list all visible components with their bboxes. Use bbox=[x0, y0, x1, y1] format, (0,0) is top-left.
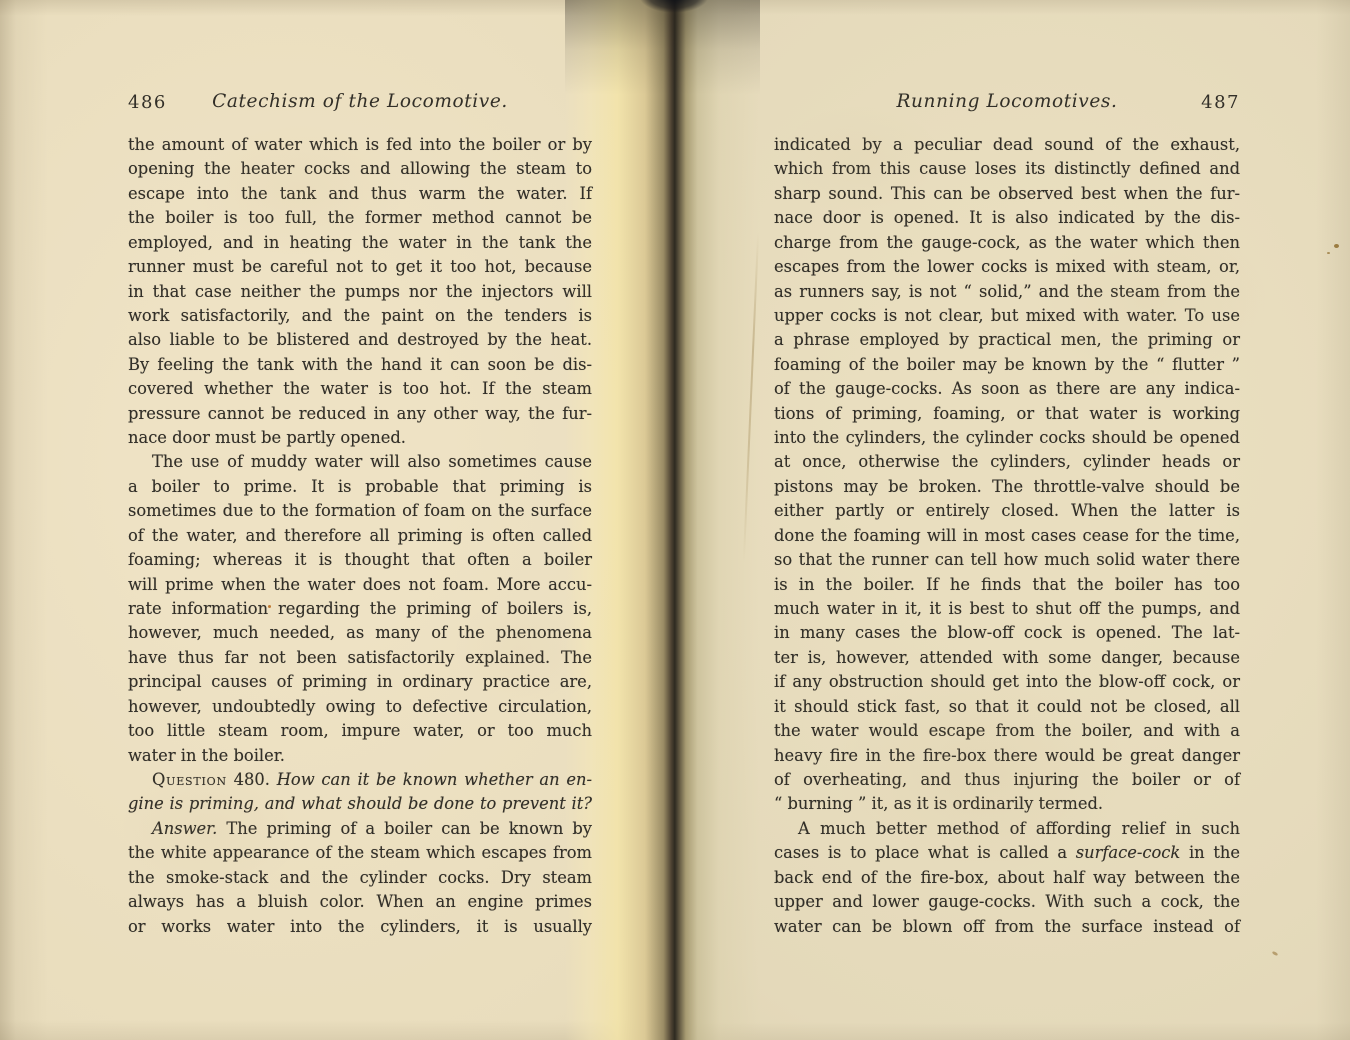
text-line: “ burning ” it, as it is ordinarily term… bbox=[774, 792, 1240, 816]
text-line: a boiler to prime. It is probable that p… bbox=[128, 475, 592, 499]
text-line: A much better method of affording relief… bbox=[774, 817, 1240, 841]
text-line: water can be blown off from the surface … bbox=[774, 915, 1240, 939]
text-line: is in the boiler. If he finds that the b… bbox=[774, 573, 1240, 597]
text-line: escapes from the lower cocks is mixed wi… bbox=[774, 255, 1240, 279]
text-line: if any obstruction should get into the b… bbox=[774, 670, 1240, 694]
right-page-header: Running Locomotives. 487 bbox=[774, 91, 1240, 117]
text-line: will prime when the water does not foam.… bbox=[128, 573, 592, 597]
text-line: Answer. The priming of a boiler can be k… bbox=[128, 817, 592, 841]
text-line: pistons may be broken. The throttle-valv… bbox=[774, 475, 1240, 499]
text-line: rate information regarding the priming o… bbox=[128, 597, 592, 621]
text-line: in many cases the blow-off cock is opene… bbox=[774, 621, 1240, 645]
text-line: much water in it, it is best to shut off… bbox=[774, 597, 1240, 621]
text-line: Question 480. How can it be known whethe… bbox=[128, 768, 592, 792]
text-line: however, undoubtedly owing to defective … bbox=[128, 695, 592, 719]
text-line: the amount of water which is fed into th… bbox=[128, 133, 592, 157]
text-line: back end of the fire-box, about half way… bbox=[774, 866, 1240, 890]
text-line: escape into the tank and thus warm the w… bbox=[128, 182, 592, 206]
left-page-text-block: the amount of water which is fed into th… bbox=[128, 133, 592, 939]
text-line: also liable to be blistered and destroye… bbox=[128, 328, 592, 352]
text-line: upper cocks is not clear, but mixed with… bbox=[774, 304, 1240, 328]
binding-top-notch bbox=[624, 0, 724, 24]
text-line: of overheating, and thus injuring the bo… bbox=[774, 768, 1240, 792]
text-line: done the foaming will in most cases ceas… bbox=[774, 524, 1240, 548]
text-line: which from this cause loses its distinct… bbox=[774, 157, 1240, 181]
text-line: sharp sound. This can be observed best w… bbox=[774, 182, 1240, 206]
text-line: or works water into the cylinders, it is… bbox=[128, 915, 592, 939]
text-line: The use of muddy water will also sometim… bbox=[128, 450, 592, 474]
text-line: tions of priming, foaming, or that water… bbox=[774, 402, 1240, 426]
text-line: sometimes due to the formation of foam o… bbox=[128, 499, 592, 523]
text-line: always has a bluish color. When an engin… bbox=[128, 890, 592, 914]
text-line: the smoke-stack and the cylinder cocks. … bbox=[128, 866, 592, 890]
text-line: so that the runner can tell how much sol… bbox=[774, 548, 1240, 572]
text-line: indicated by a peculiar dead sound of th… bbox=[774, 133, 1240, 157]
text-line: principal causes of priming in ordinary … bbox=[128, 670, 592, 694]
text-line: into the cylinders, the cylinder cocks s… bbox=[774, 426, 1240, 450]
left-page-number: 486 bbox=[128, 92, 167, 113]
text-line: in that case neither the pumps nor the i… bbox=[128, 280, 592, 304]
text-line: charge from the gauge-cock, as the water… bbox=[774, 231, 1240, 255]
text-line: nace door must be partly opened. bbox=[128, 426, 592, 450]
text-line: the white appearance of the steam which … bbox=[128, 841, 592, 865]
text-line: work satisfactorily, and the paint on th… bbox=[128, 304, 592, 328]
book-gutter-binding bbox=[565, 0, 760, 1040]
text-line: ter is, however, attended with some dang… bbox=[774, 646, 1240, 670]
text-line: a phrase employed by practical men, the … bbox=[774, 328, 1240, 352]
text-line: nace door is opened. It is also indicate… bbox=[774, 206, 1240, 230]
text-line: the boiler is too full, the former metho… bbox=[128, 206, 592, 230]
text-line: as runners say, is not “ solid,” and the… bbox=[774, 280, 1240, 304]
text-line: at once, otherwise the cylinders, cylind… bbox=[774, 450, 1240, 474]
book-spread: 486 Catechism of the Locomotive. Running… bbox=[0, 0, 1350, 1040]
text-line: water in the boiler. bbox=[128, 744, 592, 768]
text-line: upper and lower gauge-cocks. With such a… bbox=[774, 890, 1240, 914]
text-line: either partly or entirely closed. When t… bbox=[774, 499, 1240, 523]
text-line: covered whether the water is too hot. If… bbox=[128, 377, 592, 401]
right-page-number: 487 bbox=[1201, 92, 1240, 113]
text-line: have thus far not been satisfactorily ex… bbox=[128, 646, 592, 670]
text-line: employed, and in heating the water in th… bbox=[128, 231, 592, 255]
text-line: By feeling the tank with the hand it can… bbox=[128, 353, 592, 377]
left-running-title: Catechism of the Locomotive. bbox=[128, 91, 592, 112]
text-line: runner must be careful not to get it too… bbox=[128, 255, 592, 279]
text-line: foaming of the boiler may be known by th… bbox=[774, 353, 1240, 377]
text-line: it should stick fast, so that it could n… bbox=[774, 695, 1240, 719]
text-line: pressure cannot be reduced in any other … bbox=[128, 402, 592, 426]
right-page-text-block: indicated by a peculiar dead sound of th… bbox=[774, 133, 1240, 939]
text-line: however, much needed, as many of the phe… bbox=[128, 621, 592, 645]
text-line: foaming; whereas it is thought that ofte… bbox=[128, 548, 592, 572]
text-line: of the gauge-cocks. As soon as there are… bbox=[774, 377, 1240, 401]
text-line: heavy fire in the fire-box there would b… bbox=[774, 744, 1240, 768]
foxing-speck bbox=[1334, 244, 1339, 248]
left-page-header: 486 Catechism of the Locomotive. bbox=[128, 91, 592, 117]
right-running-title: Running Locomotives. bbox=[774, 91, 1240, 112]
text-line: gine is priming, and what should be done… bbox=[128, 792, 592, 816]
text-line: opening the heater cocks and allowing th… bbox=[128, 157, 592, 181]
text-line: the water would escape from the boiler, … bbox=[774, 719, 1240, 743]
text-line: too little steam room, impure water, or … bbox=[128, 719, 592, 743]
text-line: of the water, and therefore all priming … bbox=[128, 524, 592, 548]
text-line: cases is to place what is called a surfa… bbox=[774, 841, 1240, 865]
